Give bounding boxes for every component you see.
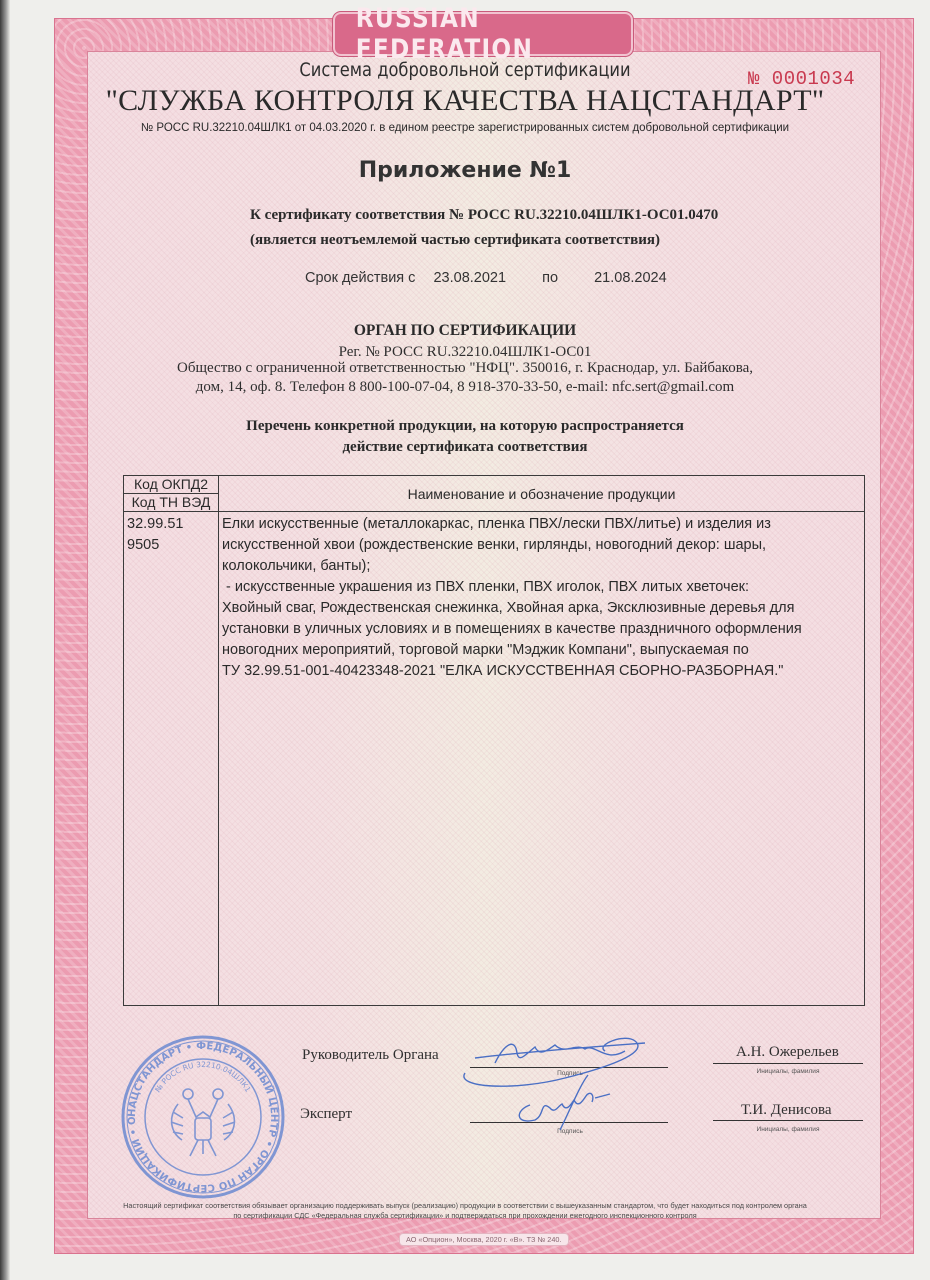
description-line: искусственной хвои (рождественские венки…	[222, 535, 861, 556]
description-line: колокольчики, банты);	[222, 556, 861, 577]
expert-role-label: Эксперт	[300, 1106, 352, 1123]
certification-body-title: ОРГАН ПО СЕРТИФИКАЦИИ	[0, 322, 930, 340]
certificate-note: (является неотъемлемой частью сертификат…	[250, 232, 660, 249]
tn-ved-code: 9505	[127, 535, 215, 556]
system-title: "СЛУЖБА КОНТРОЛЯ КАЧЕСТВА НАЦСТАНДАРТ"	[0, 84, 930, 118]
expert-signature	[500, 1070, 620, 1140]
certification-body-address: Общество с ограниченной ответственностью…	[0, 360, 930, 377]
expert-name: Т.И. Денисова	[741, 1102, 832, 1119]
table-header-row: Код ОКПД2 Наименование и обозначение про…	[124, 476, 865, 494]
certification-body-reg: Рег. № РОСС RU.32210.04ШЛК1-ОС01	[0, 344, 930, 361]
expert-name-caption: Инициалы, фамилия	[748, 1126, 828, 1133]
product-list-title: Перечень конкретной продукции, на котору…	[0, 418, 930, 435]
scan-edge	[0, 0, 10, 1280]
head-name: А.Н. Ожерельев	[736, 1044, 839, 1061]
okpd2-code: 32.99.51	[127, 514, 215, 535]
head-role-label: Руководитель Органа	[302, 1047, 439, 1064]
expert-name-line	[713, 1120, 863, 1121]
stamp-inner-text: № РОСС RU 32210.04ШЛК1	[153, 1060, 253, 1094]
certificate-reference: К сертификату соответствия № РОСС RU.322…	[250, 207, 718, 224]
validity-label: Срок действия с	[305, 270, 415, 286]
header-product-name: Наименование и обозначение продукции	[219, 476, 865, 512]
eagle-emblem-icon	[171, 1089, 235, 1156]
certification-stamp: НАЦСТАНДАРТ • ФЕДЕРАЛЬНЫЙ ЦЕНТР • ОРГАН …	[118, 1032, 288, 1202]
country-banner: RUSSIAN FEDERATION	[335, 14, 631, 54]
annex-title: Приложение №1	[0, 158, 930, 183]
printer-imprint: АО «Опцион», Москва, 2020 г. «В». ТЗ № 2…	[400, 1234, 568, 1245]
description-line: установки в уличных условиях и в помещен…	[222, 619, 861, 640]
footer-note-line2: по сертификации СДС «Федеральная служба …	[0, 1211, 930, 1220]
validity-separator: по	[542, 270, 558, 286]
products-table: Код ОКПД2 Наименование и обозначение про…	[123, 475, 865, 1006]
certification-body-contacts: дом, 14, оф. 8. Телефон 8 800-100-07-04,…	[0, 379, 930, 396]
svg-text:№ РОСС RU 32210.04ШЛК1: № РОСС RU 32210.04ШЛК1	[153, 1060, 253, 1094]
description-line: Хвойный сваг, Рождественская снежинка, Х…	[222, 598, 861, 619]
validity-to: 21.08.2024	[594, 270, 667, 286]
header-okpd2: Код ОКПД2	[124, 476, 219, 494]
description-line: Елки искусственные (металлокаркас, пленк…	[222, 514, 861, 535]
banner-text: RUSSIAN FEDERATION	[356, 3, 611, 65]
system-registration: № РОСС RU.32210.04ШЛК1 от 04.03.2020 г. …	[0, 122, 930, 134]
description-line: новогодних мероприятий, торговой марки "…	[222, 640, 861, 661]
header-tn-ved: Код ТН ВЭД	[124, 494, 219, 512]
product-codes: 32.99.51 9505	[124, 512, 219, 1006]
footer-note-line1: Настоящий сертификат соответствия обязыв…	[0, 1201, 930, 1210]
head-name-caption: Инициалы, фамилия	[748, 1068, 828, 1075]
validity-from: 23.08.2021	[433, 270, 506, 286]
description-line: - искусственные украшения из ПВХ пленки,…	[222, 577, 861, 598]
validity-period: Срок действия с 23.08.2021 по 21.08.2024	[305, 270, 667, 286]
head-name-line	[713, 1063, 863, 1064]
table-row: 32.99.51 9505 Елки искусственные (металл…	[124, 512, 865, 1006]
product-list-subtitle: действие сертификата соответствия	[0, 439, 930, 456]
description-line: ТУ 32.99.51-001-40423348-2021 "ЕЛКА ИСКУ…	[222, 661, 861, 682]
product-description: Елки искусственные (металлокаркас, пленк…	[219, 512, 865, 1006]
